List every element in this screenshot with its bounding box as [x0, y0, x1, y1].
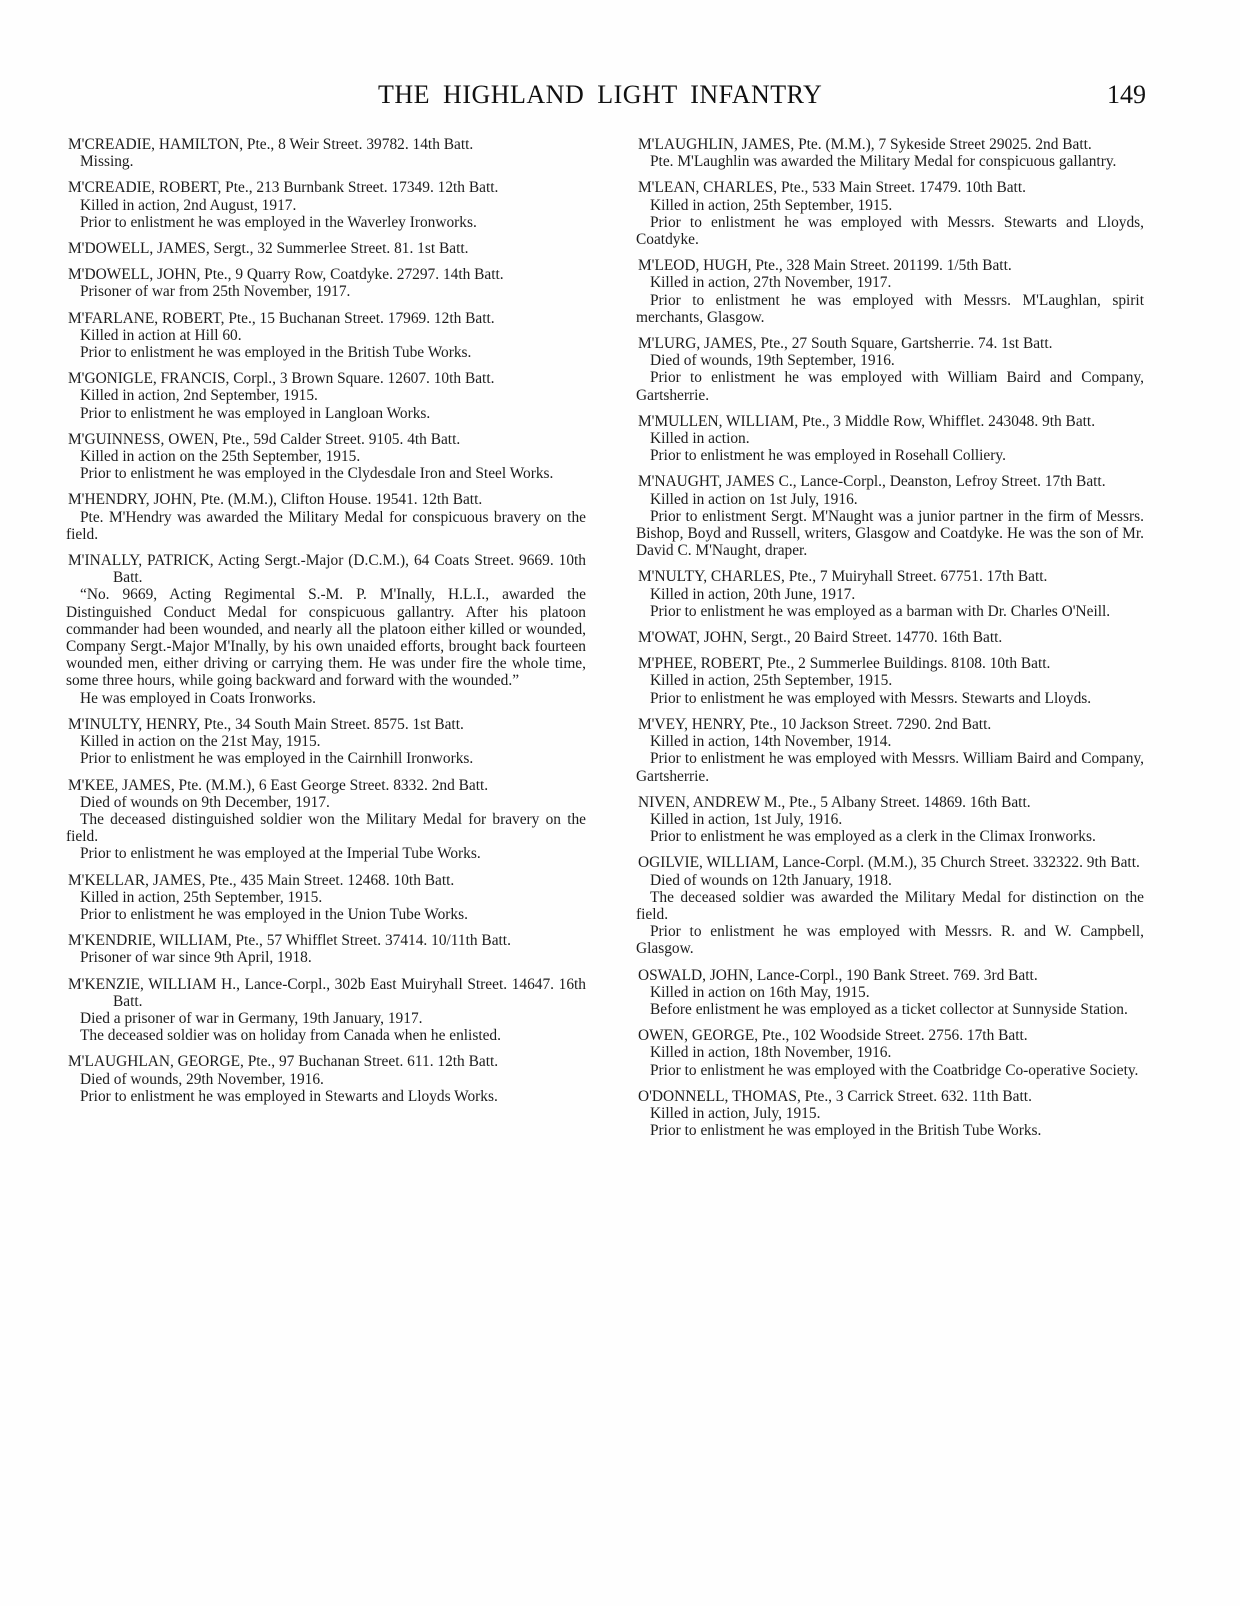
entry-heading: OGILVIE, WILLIAM, Lance-Corpl. (M.M.), 3…: [636, 854, 1144, 871]
entry-note: Missing.: [66, 153, 586, 170]
roll-entry: OWEN, GEORGE, Pte., 102 Woodside Street.…: [636, 1027, 1144, 1079]
roll-entry: M'INALLY, PATRICK, Acting Sergt.-Major (…: [66, 552, 586, 707]
entry-note: Prior to enlistment he was employed with…: [636, 214, 1144, 248]
entry-heading: M'CREADIE, ROBERT, Pte., 213 Burnbank St…: [66, 179, 586, 196]
entry-heading: M'GONIGLE, FRANCIS, Corpl., 3 Brown Squa…: [66, 370, 586, 387]
entry-note: Killed in action, 25th September, 1915.: [66, 889, 586, 906]
roll-entry: M'NAUGHT, JAMES C., Lance-Corpl., Deanst…: [636, 473, 1144, 559]
entry-heading: M'LEAN, CHARLES, Pte., 533 Main Street. …: [636, 179, 1144, 196]
roll-entry: OGILVIE, WILLIAM, Lance-Corpl. (M.M.), 3…: [636, 854, 1144, 957]
entry-heading: M'LEOD, HUGH, Pte., 328 Main Street. 201…: [636, 257, 1144, 274]
entry-heading: M'DOWELL, JAMES, Sergt., 32 Summerlee St…: [66, 240, 586, 257]
entry-note: Prior to enlistment he was employed with…: [636, 1062, 1144, 1079]
entry-note: Killed in action, 25th September, 1915.: [636, 672, 1144, 689]
entry-note: Killed in action on the 21st May, 1915.: [66, 733, 586, 750]
entry-note: Died of wounds, 29th November, 1916.: [66, 1071, 586, 1088]
roll-entry: M'KENZIE, WILLIAM H., Lance-Corpl., 302b…: [66, 976, 586, 1045]
page-number: 149: [1107, 80, 1146, 110]
entry-note: Prior to enlistment he was employed in t…: [66, 214, 586, 231]
entry-note: Pte. M'Laughlin was awarded the Military…: [636, 153, 1144, 170]
entry-note: Killed in action, 14th November, 1914.: [636, 733, 1144, 750]
entry-note: Prior to enlistment he was employed as a…: [636, 828, 1144, 845]
roll-entry: M'LURG, JAMES, Pte., 27 South Square, Ga…: [636, 335, 1144, 404]
entry-note: Prior to enlistment he was employed with…: [636, 369, 1144, 403]
roll-entry: M'PHEE, ROBERT, Pte., 2 Summerlee Buildi…: [636, 655, 1144, 707]
entry-note: Killed in action at Hill 60.: [66, 327, 586, 344]
entry-heading: M'FARLANE, ROBERT, Pte., 15 Buchanan Str…: [66, 310, 586, 327]
entry-heading: M'KEE, JAMES, Pte. (M.M.), 6 East George…: [66, 777, 586, 794]
entry-note: The deceased soldier was on holiday from…: [66, 1027, 586, 1044]
entry-note: Prior to enlistment he was employed in t…: [66, 906, 586, 923]
roll-entry: M'LAUGHLAN, GEORGE, Pte., 97 Buchanan St…: [66, 1053, 586, 1105]
roll-entry: M'OWAT, JOHN, Sergt., 20 Baird Street. 1…: [636, 629, 1144, 646]
entry-heading: M'NAUGHT, JAMES C., Lance-Corpl., Deanst…: [636, 473, 1144, 490]
entry-heading: M'PHEE, ROBERT, Pte., 2 Summerlee Buildi…: [636, 655, 1144, 672]
entry-heading: M'VEY, HENRY, Pte., 10 Jackson Street. 7…: [636, 716, 1144, 733]
entry-note: Killed in action, 25th September, 1915.: [636, 197, 1144, 214]
roll-entry: NIVEN, ANDREW M., Pte., 5 Albany Street.…: [636, 794, 1144, 846]
entry-note: Prior to enlistment he was employed in t…: [636, 1122, 1144, 1139]
left-column: M'CREADIE, HAMILTON, Pte., 8 Weir Street…: [66, 136, 586, 1114]
roll-entry: M'LAUGHLIN, JAMES, Pte. (M.M.), 7 Sykesi…: [636, 136, 1144, 170]
roll-entry: M'GUINNESS, OWEN, Pte., 59d Calder Stree…: [66, 431, 586, 483]
entry-note: Killed in action on the 25th September, …: [66, 448, 586, 465]
roll-entry: M'FARLANE, ROBERT, Pte., 15 Buchanan Str…: [66, 310, 586, 362]
entry-note: Died of wounds, 19th September, 1916.: [636, 352, 1144, 369]
roll-entry: M'LEOD, HUGH, Pte., 328 Main Street. 201…: [636, 257, 1144, 326]
entry-note: Before enlistment he was employed as a t…: [636, 1001, 1144, 1018]
entry-heading: M'MULLEN, WILLIAM, Pte., 3 Middle Row, W…: [636, 413, 1144, 430]
entry-note: Pte. M'Hendry was awarded the Military M…: [66, 509, 586, 543]
roll-entry: M'NULTY, CHARLES, Pte., 7 Muiryhall Stre…: [636, 568, 1144, 620]
entry-note: Prior to enlistment he was employed at t…: [66, 845, 586, 862]
entry-heading: M'KENDRIE, WILLIAM, Pte., 57 Whifflet St…: [66, 932, 586, 949]
entry-note: Killed in action on 1st July, 1916.: [636, 491, 1144, 508]
entry-note: Died of wounds on 9th December, 1917.: [66, 794, 586, 811]
roll-entry: M'DOWELL, JAMES, Sergt., 32 Summerlee St…: [66, 240, 586, 257]
entry-heading: M'INULTY, HENRY, Pte., 34 South Main Str…: [66, 716, 586, 733]
entry-note: Prior to enlistment Sergt. M'Naught was …: [636, 508, 1144, 560]
entry-note: Prior to enlistment he was employed in S…: [66, 1088, 586, 1105]
entry-heading: M'INALLY, PATRICK, Acting Sergt.-Major (…: [66, 552, 586, 586]
roll-entry: M'CREADIE, ROBERT, Pte., 213 Burnbank St…: [66, 179, 586, 231]
entry-note: Killed in action, 20th June, 1917.: [636, 586, 1144, 603]
entry-note: He was employed in Coats Ironworks.: [66, 690, 586, 707]
entry-note: Killed in action, 1st July, 1916.: [636, 811, 1144, 828]
entry-heading: M'OWAT, JOHN, Sergt., 20 Baird Street. 1…: [636, 629, 1144, 646]
running-title: THE HIGHLAND LIGHT INFANTRY: [378, 80, 822, 110]
roll-entry: M'LEAN, CHARLES, Pte., 533 Main Street. …: [636, 179, 1144, 248]
right-column: M'LAUGHLIN, JAMES, Pte. (M.M.), 7 Sykesi…: [636, 136, 1144, 1148]
entry-note: Prisoner of war since 9th April, 1918.: [66, 949, 586, 966]
entry-note: Killed in action, 18th November, 1916.: [636, 1044, 1144, 1061]
entry-note: Prior to enlistment he was employed as a…: [636, 603, 1144, 620]
entry-note: Prior to enlistment he was employed with…: [636, 690, 1144, 707]
entry-note: The deceased soldier was awarded the Mil…: [636, 889, 1144, 923]
entry-note: Killed in action, 2nd August, 1917.: [66, 197, 586, 214]
entry-note: Prior to enlistment he was employed in t…: [66, 750, 586, 767]
entry-heading: OWEN, GEORGE, Pte., 102 Woodside Street.…: [636, 1027, 1144, 1044]
roll-entry: OSWALD, JOHN, Lance-Corpl., 190 Bank Str…: [636, 967, 1144, 1019]
entry-note: Killed in action.: [636, 430, 1144, 447]
book-page: THE HIGHLAND LIGHT INFANTRY 149 M'CREADI…: [0, 0, 1240, 1606]
entry-note: Prior to enlistment he was employed in R…: [636, 447, 1144, 464]
roll-entry: M'VEY, HENRY, Pte., 10 Jackson Street. 7…: [636, 716, 1144, 785]
entry-note: Prior to enlistment he was employed with…: [636, 750, 1144, 784]
entry-note: Prisoner of war from 25th November, 1917…: [66, 283, 586, 300]
roll-entry: M'KENDRIE, WILLIAM, Pte., 57 Whifflet St…: [66, 932, 586, 966]
entry-note: Killed in action on 16th May, 1915.: [636, 984, 1144, 1001]
entry-heading: M'HENDRY, JOHN, Pte. (M.M.), Clifton Hou…: [66, 491, 586, 508]
entry-note: Prior to enlistment he was employed in t…: [66, 465, 586, 482]
entry-note: Prior to enlistment he was employed in t…: [66, 344, 586, 361]
roll-entry: M'CREADIE, HAMILTON, Pte., 8 Weir Street…: [66, 136, 586, 170]
entry-heading: M'LURG, JAMES, Pte., 27 South Square, Ga…: [636, 335, 1144, 352]
page-header: THE HIGHLAND LIGHT INFANTRY 149: [0, 80, 1240, 114]
entry-heading: M'DOWELL, JOHN, Pte., 9 Quarry Row, Coat…: [66, 266, 586, 283]
entry-note: Killed in action, 27th November, 1917.: [636, 274, 1144, 291]
entry-heading: M'KENZIE, WILLIAM H., Lance-Corpl., 302b…: [66, 976, 586, 1010]
entry-note: “No. 9669, Acting Regimental S.-M. P. M'…: [66, 586, 586, 689]
entry-note: Died of wounds on 12th January, 1918.: [636, 872, 1144, 889]
roll-entry: M'MULLEN, WILLIAM, Pte., 3 Middle Row, W…: [636, 413, 1144, 465]
entry-note: Prior to enlistment he was employed with…: [636, 923, 1144, 957]
entry-note: Prior to enlistment he was employed with…: [636, 292, 1144, 326]
entry-heading: M'LAUGHLAN, GEORGE, Pte., 97 Buchanan St…: [66, 1053, 586, 1070]
entry-heading: M'NULTY, CHARLES, Pte., 7 Muiryhall Stre…: [636, 568, 1144, 585]
entry-note: The deceased distinguished soldier won t…: [66, 811, 586, 845]
entry-note: Died a prisoner of war in Germany, 19th …: [66, 1010, 586, 1027]
entry-note: Killed in action, July, 1915.: [636, 1105, 1144, 1122]
roll-entry: M'GONIGLE, FRANCIS, Corpl., 3 Brown Squa…: [66, 370, 586, 422]
roll-entry: M'DOWELL, JOHN, Pte., 9 Quarry Row, Coat…: [66, 266, 586, 300]
entry-heading: O'DONNELL, THOMAS, Pte., 3 Carrick Stree…: [636, 1088, 1144, 1105]
entry-note: Killed in action, 2nd September, 1915.: [66, 387, 586, 404]
roll-entry: M'HENDRY, JOHN, Pte. (M.M.), Clifton Hou…: [66, 491, 586, 543]
entry-heading: NIVEN, ANDREW M., Pte., 5 Albany Street.…: [636, 794, 1144, 811]
entry-heading: M'GUINNESS, OWEN, Pte., 59d Calder Stree…: [66, 431, 586, 448]
roll-entry: M'INULTY, HENRY, Pte., 34 South Main Str…: [66, 716, 586, 768]
entry-heading: OSWALD, JOHN, Lance-Corpl., 190 Bank Str…: [636, 967, 1144, 984]
roll-entry: O'DONNELL, THOMAS, Pte., 3 Carrick Stree…: [636, 1088, 1144, 1140]
entry-note: Prior to enlistment he was employed in L…: [66, 405, 586, 422]
entry-heading: M'LAUGHLIN, JAMES, Pte. (M.M.), 7 Sykesi…: [636, 136, 1144, 153]
roll-entry: M'KELLAR, JAMES, Pte., 435 Main Street. …: [66, 872, 586, 924]
roll-entry: M'KEE, JAMES, Pte. (M.M.), 6 East George…: [66, 777, 586, 863]
entry-heading: M'CREADIE, HAMILTON, Pte., 8 Weir Street…: [66, 136, 586, 153]
entry-heading: M'KELLAR, JAMES, Pte., 435 Main Street. …: [66, 872, 586, 889]
